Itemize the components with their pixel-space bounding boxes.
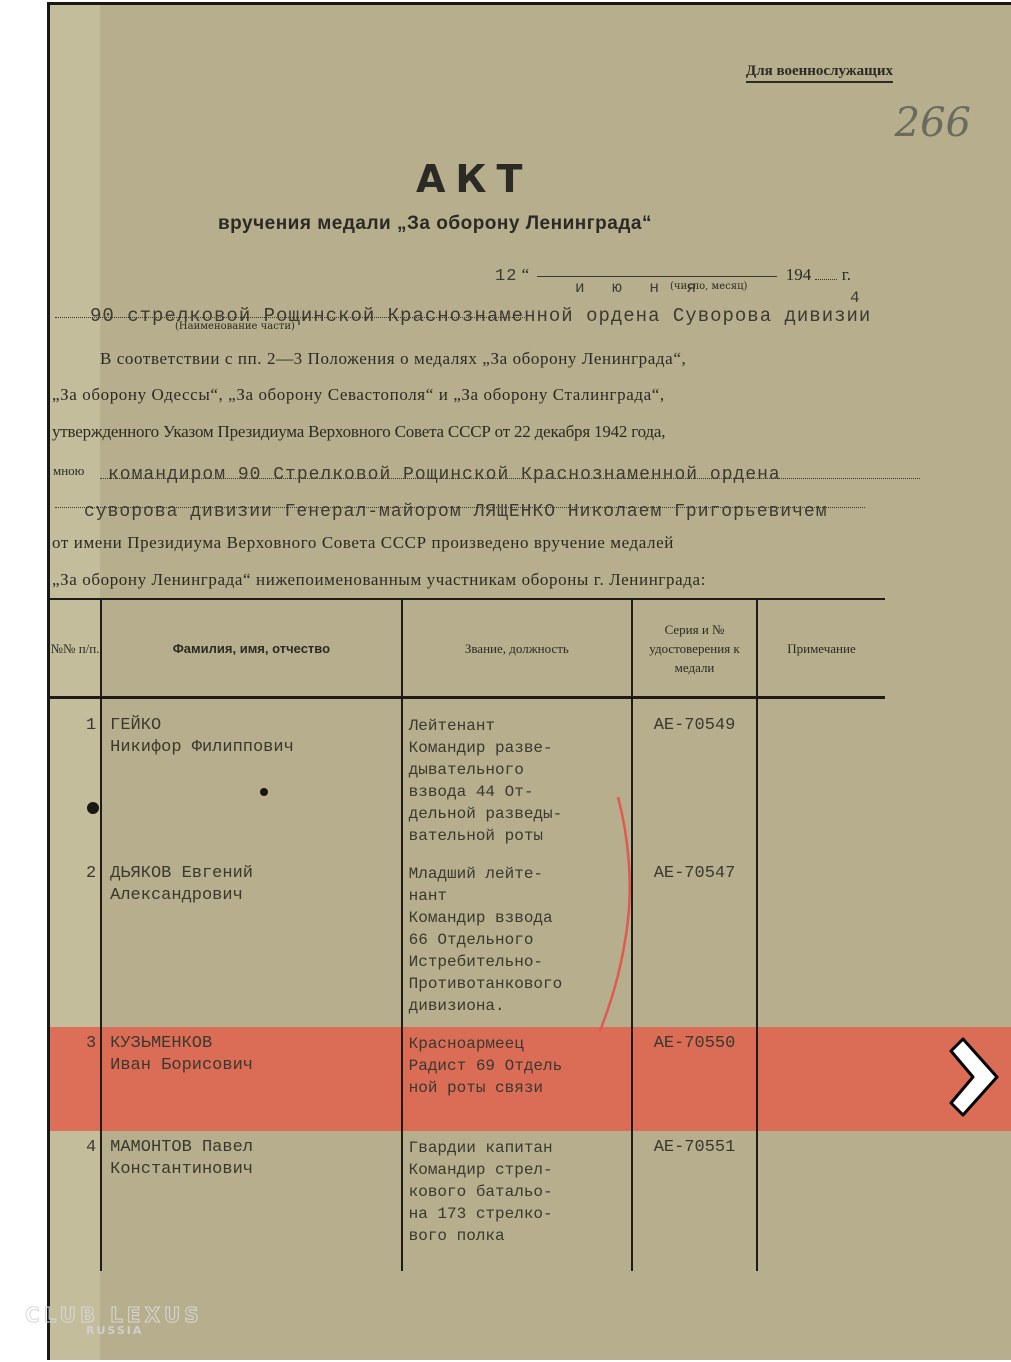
row-rank-line: Гвардии капитан <box>409 1137 631 1159</box>
row-name-line: МАМОНТОВ Павел <box>110 1137 400 1159</box>
unit-caption: (Наименование части) <box>175 321 295 332</box>
punch-hole <box>87 802 99 814</box>
row-rank-line: Командир разве- <box>409 737 631 759</box>
row-serial-line: АЕ-70547 <box>633 863 756 885</box>
by-label: мною <box>53 463 84 479</box>
document-subtitle: вручения медали „За оборону Ленинграда“ <box>218 213 652 235</box>
body-line-2: „За оборону Одессы“, „За оборону Севасто… <box>52 385 665 405</box>
row-name-line: Александрович <box>110 885 400 907</box>
row-rank-line: Лейтенант <box>409 715 631 737</box>
row-num: 4 <box>50 1121 101 1271</box>
header-num: №№ п/п. <box>50 599 101 698</box>
table-row: 1ГЕЙКОНикифор ФилипповичЛейтенантКоманди… <box>50 698 885 848</box>
header-rank: Звание, должность <box>402 599 632 698</box>
date-line <box>537 276 777 277</box>
row-rank-line: вого полка <box>409 1225 631 1247</box>
row-rank-line: ной роты связи <box>409 1077 631 1099</box>
date-caption: (число, месяц) <box>670 281 747 292</box>
row-name-line: Константинович <box>110 1159 400 1181</box>
row-name-line: ДЬЯКОВ Евгений <box>110 863 400 885</box>
row-rank-line: Командир стрел- <box>409 1159 631 1181</box>
row-name-line: КУЗЬМЕНКОВ <box>110 1033 400 1055</box>
row-rank-line: на 173 стрелко- <box>409 1203 631 1225</box>
row-serial: АЕ-70549 <box>632 698 757 848</box>
row-note <box>757 1017 885 1121</box>
row-serial-line: АЕ-70550 <box>633 1033 756 1055</box>
body-line-4: от имени Президиума Верховного Совета СС… <box>52 533 674 553</box>
row-name: КУЗЬМЕНКОВИван Борисович <box>101 1017 401 1121</box>
document-page: Для военнослужащих 266 АКТ вручения меда… <box>47 2 1011 1360</box>
row-note <box>757 698 885 848</box>
row-serial: АЕ-70550 <box>632 1017 757 1121</box>
row-rank-line: кового батальо- <box>409 1181 631 1203</box>
row-num-line: 1 <box>50 715 96 737</box>
table-row: 3КУЗЬМЕНКОВИван БорисовичКрасноармеецРад… <box>50 1017 885 1121</box>
handwritten-page-number: 266 <box>895 100 971 146</box>
row-rank-line: дывательного <box>409 759 631 781</box>
date-year-prefix: 194 <box>786 265 812 284</box>
row-num-line: 4 <box>50 1137 96 1159</box>
date-day: 12 <box>495 267 517 286</box>
awards-table: №№ п/п. Фамилия, имя, отчество Звание, д… <box>50 598 885 1271</box>
row-name-line: Никифор Филиппович <box>110 737 400 759</box>
row-serial-line: АЕ-70549 <box>633 715 756 737</box>
table-row: 4МАМОНТОВ ПавелКонстантиновичГвардии кап… <box>50 1121 885 1271</box>
row-serial: АЕ-70547 <box>632 847 757 1017</box>
watermark-sub: RUSSIA <box>86 1324 143 1337</box>
row-note <box>757 1121 885 1271</box>
row-name-line: ГЕЙКО <box>110 715 400 737</box>
body-line-5: „За оборону Ленинграда“ нижепоименованны… <box>52 570 706 590</box>
row-note <box>757 847 885 1017</box>
row-rank-line: Красноармеец <box>409 1033 631 1055</box>
row-name: ГЕЙКОНикифор Филиппович <box>101 698 401 848</box>
body-line-1: В соответствии с пп. 2—3 Положения о мед… <box>100 349 686 369</box>
next-page-button[interactable] <box>945 1037 1001 1117</box>
row-num-line: 2 <box>50 863 96 885</box>
red-pencil-mark <box>598 795 638 1035</box>
header-serial: Серия и № удостоверения к медали <box>632 599 757 698</box>
table-header-row: №№ п/п. Фамилия, имя, отчество Звание, д… <box>50 599 885 698</box>
classification-label: Для военнослужащих <box>746 63 893 83</box>
commander-typed-1: командиром 90 Стрелковой Рощинской Красн… <box>108 465 781 485</box>
row-num: 3 <box>50 1017 101 1121</box>
date-quote: “ <box>522 265 530 284</box>
chevron-right-icon <box>951 1039 997 1115</box>
document-title: АКТ <box>416 157 532 201</box>
row-serial-line: АЕ-70551 <box>633 1137 756 1159</box>
header-name: Фамилия, имя, отчество <box>101 599 401 698</box>
commander-typed-2: суворова дивизии Генерал-майором ЛЯЩЕНКО… <box>84 502 828 522</box>
body-line-3: утвержденного Указом Президиума Верховно… <box>52 422 665 442</box>
punch-hole <box>260 788 268 796</box>
row-serial: АЕ-70551 <box>632 1121 757 1271</box>
row-num: 2 <box>50 847 101 1017</box>
row-name: ДЬЯКОВ ЕвгенийАлександрович <box>101 847 401 1017</box>
row-name: МАМОНТОВ ПавелКонстантинович <box>101 1121 401 1271</box>
row-rank: Гвардии капитанКомандир стрел-кового бат… <box>402 1121 632 1271</box>
header-note: Примечание <box>757 599 885 698</box>
row-num: 1 <box>50 698 101 848</box>
date-year-suffix: г. <box>842 265 851 284</box>
table-row: 2ДЬЯКОВ ЕвгенийАлександровичМладший лейт… <box>50 847 885 1017</box>
row-rank-line: Радист 69 Отдель <box>409 1055 631 1077</box>
row-num-line: 3 <box>50 1033 96 1055</box>
row-name-line: Иван Борисович <box>110 1055 400 1077</box>
